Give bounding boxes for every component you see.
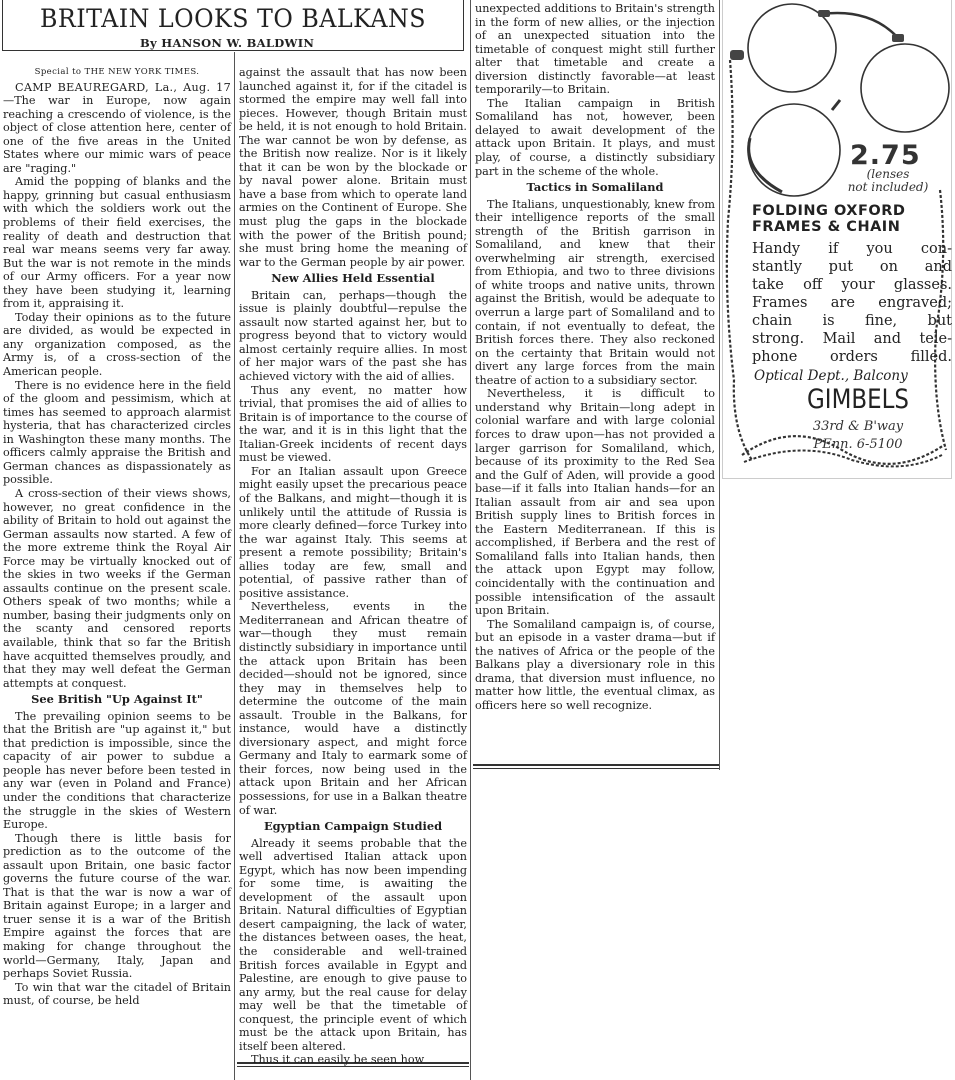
paragraph: Already it seems probable that the well … (239, 837, 467, 1054)
column-divider-3 (719, 0, 720, 770)
ad-body-line: Frames are engraved; (752, 294, 952, 312)
dateline: CAMP BEAUREGARD, La., Aug. 17 (15, 81, 231, 94)
ad-title-line: FOLDING OXFORD (752, 203, 955, 219)
paragraph: Nevertheless, it is difficult to underst… (475, 387, 715, 617)
column-divider-1 (234, 52, 235, 1080)
byline-row: By HANSON W. BALDWIN (2, 36, 462, 52)
wire-credit: Special to THE NEW YORK TIMES. (3, 66, 231, 80)
ad-body-line: phone orders filled. (752, 348, 952, 366)
paragraph: CAMP BEAUREGARD, La., Aug. 17—The war in… (3, 81, 231, 176)
paragraph: The prevailing opinion seems to be that … (3, 710, 231, 832)
paragraph: Amid the popping of blanks and the happy… (3, 175, 231, 310)
subheading: New Allies Held Essential (239, 272, 467, 286)
paragraph-text: —The war in Europe, now again reaching a… (3, 94, 231, 175)
ad-price-note: (lenses not included) (838, 168, 938, 194)
paragraph: Nevertheless, events in the Mediterranea… (239, 600, 467, 817)
ad-brand-logo: GIMBELS (790, 384, 926, 415)
article-column-1: Special to THE NEW YORK TIMES. CAMP BEAU… (3, 66, 231, 1008)
paragraph: A cross-section of their views shows, ho… (3, 487, 231, 690)
ad-body-line: Handy if you con- (752, 240, 952, 258)
paragraph: The Italian campaign in British Somalila… (475, 97, 715, 178)
paragraph: unexpected additions to Britain's streng… (475, 2, 715, 97)
column3-end-rule-thin (473, 768, 719, 769)
ad-title-line: FRAMES & CHAIN (752, 219, 955, 235)
article-column-3: unexpected additions to Britain's streng… (475, 2, 715, 712)
column-divider-2 (470, 0, 471, 1080)
subheading: Tactics in Somaliland (475, 181, 715, 195)
paragraph: There is no evidence here in the field o… (3, 379, 231, 487)
ad-contact: 33rd & B'way PEnn. 6-5100 (778, 418, 938, 454)
ad-body-line: take off your glasses. (752, 276, 952, 294)
article-byline: By HANSON W. BALDWIN (134, 36, 320, 50)
paragraph: The Somaliland campaign is, of course, b… (475, 618, 715, 713)
ad-price-note-line: not included) (838, 181, 938, 194)
article-column-2: against the assault that has now been la… (239, 66, 467, 1067)
ad-body-line: chain is fine, but (752, 312, 952, 330)
ad-title: FOLDING OXFORD FRAMES & CHAIN (752, 203, 955, 235)
ad-body-line: strong. Mail and tele- (752, 330, 952, 348)
paragraph: Today their opinions as to the future ar… (3, 311, 231, 379)
subheading: See British "Up Against It" (3, 693, 231, 707)
paragraph: Thus it can easily be seen how (239, 1053, 467, 1067)
paragraph: Though there is little basis for predict… (3, 832, 231, 981)
article-headline: BRITAIN LOOKS TO BALKANS (15, 4, 452, 33)
ad-phone: PEnn. 6-5100 (778, 436, 938, 454)
ad-address: 33rd & B'way (778, 418, 938, 436)
paragraph: The Italians, unquestionably, knew from … (475, 198, 715, 388)
ad-body: Handy if you con- stantly put on and tak… (752, 240, 952, 366)
paragraph: Thus any event, no matter how trivial, t… (239, 384, 467, 465)
subheading: Egyptian Campaign Studied (239, 820, 467, 834)
paragraph: against the assault that has now been la… (239, 66, 467, 269)
column3-end-rule (473, 764, 719, 766)
paragraph: Britain can, perhaps—though the issue is… (239, 289, 467, 384)
paragraph: For an Italian assault upon Greece might… (239, 465, 467, 600)
paragraph: To win that war the citadel of Britain m… (3, 981, 231, 1008)
ad-body-line: stantly put on and (752, 258, 952, 276)
ad-department: Optical Dept., Balcony (754, 368, 908, 384)
